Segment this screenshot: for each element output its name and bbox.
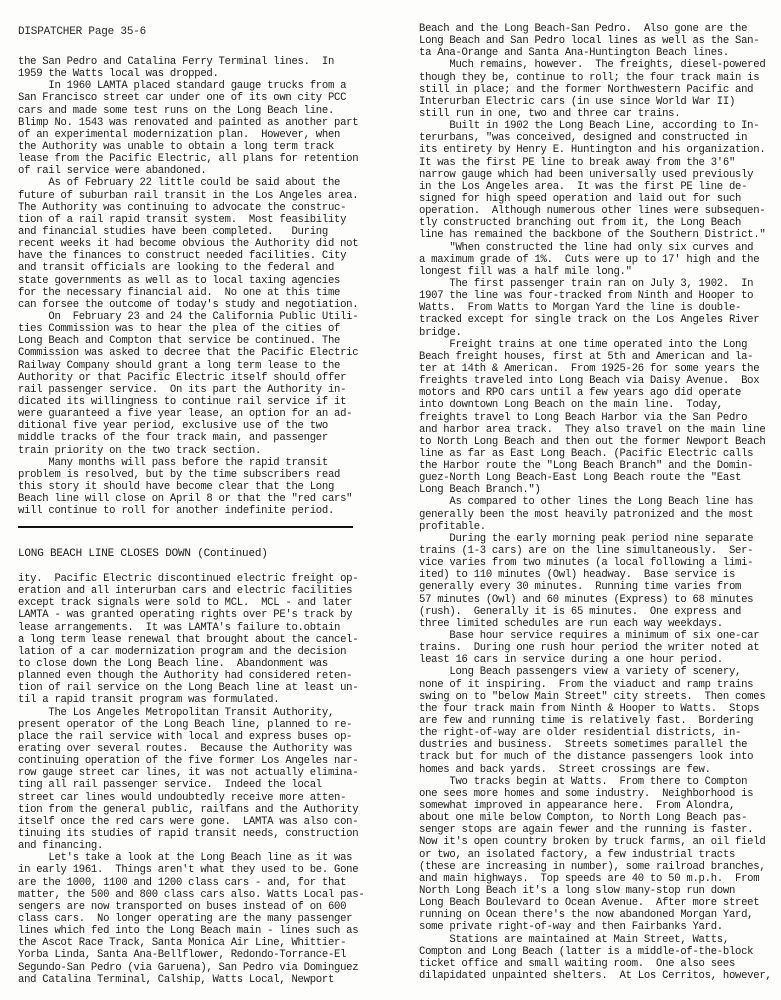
text-line: or two, an isolated factory, a few indus…	[419, 849, 781, 861]
text-line: vice varies from two minutes (a local fo…	[419, 557, 781, 569]
text-line: row gauge street car lines, it was not a…	[18, 767, 378, 779]
text-line: for the necessary financial aid. No one …	[18, 287, 378, 299]
text-line: of an experimental modernization plan. H…	[18, 129, 378, 141]
text-line: ter at 14th & American. From 1925-26 for…	[419, 363, 781, 375]
text-line: "When constructed the line had only six …	[419, 242, 781, 254]
text-line: As of February 22 little could be said a…	[18, 177, 378, 189]
text-line: In 1960 LAMTA placed standard gauge truc…	[18, 80, 378, 92]
text-line: have the finances to construct needed fa…	[18, 250, 378, 262]
text-line: lease arrangements. It was LAMTA's failu…	[18, 622, 378, 634]
text-line: the Harbor route the "Long Beach Branch"…	[419, 460, 781, 472]
text-line: Built in 1902 the Long Beach Line, accor…	[419, 120, 781, 132]
text-line: eration and all interurban cars and elec…	[18, 585, 378, 597]
text-line: trains (1-3 cars) are on the line simult…	[419, 545, 781, 557]
text-line: will continue to roll for another indefi…	[18, 505, 378, 517]
text-line: generally been the most heavily patroniz…	[419, 509, 781, 521]
text-line: itself once the red cars were gone. LAMT…	[18, 816, 378, 828]
text-line: lation of a car modernization program an…	[18, 646, 378, 658]
text-line: trains. During one rush hour period the …	[419, 642, 781, 654]
text-line: are few and running time is relatively f…	[419, 715, 781, 727]
text-line: state governments as well as to local ta…	[18, 275, 378, 287]
text-line: Compton and Long Beach (latter is a midd…	[419, 946, 781, 958]
text-line: Many months will pass before the rapid t…	[18, 457, 378, 469]
text-line: ited) to 110 minutes (Owl) headway. Base…	[419, 569, 781, 581]
text-line: matter, the 500 and 800 class cars also.…	[18, 889, 378, 901]
text-line: profitable.	[419, 521, 781, 533]
text-line: (rush). Generally it is 65 minutes. One …	[419, 606, 781, 618]
text-line: planned even though the Authority had co…	[18, 670, 378, 682]
text-line: lines which fed into the Long Beach main…	[18, 925, 378, 937]
text-line: Yorba Linda, Santa Ana-Bellflower, Redon…	[18, 949, 378, 961]
text-line: though they be, continue to roll; the fo…	[419, 72, 781, 84]
text-line: somewhat improved in appearance here. Fr…	[419, 800, 781, 812]
text-line: swing on to "below Main Street" city str…	[419, 691, 781, 703]
text-line: tion of a rail rapid transit system. Mos…	[18, 214, 378, 226]
text-line: During the early morning peak period nin…	[419, 533, 781, 545]
text-line: San Francisco street car under one of it…	[18, 92, 378, 104]
page-header: DISPATCHER Page 35-6	[18, 26, 146, 38]
text-line: one sees more homes and some industry. N…	[419, 788, 781, 800]
text-line: Long Beach and San Pedro local lines as …	[419, 35, 781, 47]
text-line: homes and back yards. Street crossings a…	[419, 764, 781, 776]
text-line: train priority on the two track section.	[18, 445, 378, 457]
text-line: class cars. No longer operating are the …	[18, 913, 378, 925]
text-line: Beach line will close on April 8 or that…	[18, 493, 378, 505]
text-line: LAMTA - was granted operating rights ove…	[18, 609, 378, 621]
text-line: til a rapid transit program was formulat…	[18, 694, 378, 706]
text-line: and transit officials are looking to the…	[18, 262, 378, 274]
text-line: ticket office and small waiting room. On…	[419, 958, 781, 970]
text-line: track but for much of the distance passe…	[419, 751, 781, 763]
text-line: Blimp No. 1543 was renovated and painted…	[18, 117, 378, 129]
newsletter-page: DISPATCHER Page 35-6 the San Pedro and C…	[0, 0, 781, 1000]
text-line: Stations are maintained at Main Street, …	[419, 934, 781, 946]
text-line: about one mile below Compton, to North L…	[419, 812, 781, 824]
text-line: Long Beach Boulevard to Ocean Avenue. Af…	[419, 897, 781, 909]
text-line: North Long Beach it's a long slow many-s…	[419, 885, 781, 897]
text-line: Base hour service requires a minimum of …	[419, 630, 781, 642]
section-divider-rule	[18, 526, 353, 528]
text-line: recent weeks it had become obvious the A…	[18, 238, 378, 250]
text-line: line as far as East Long Beach. (Pacific…	[419, 448, 781, 460]
text-line: ditional five year period, exclusive use…	[18, 420, 378, 432]
text-line: still in place; and the former Northwest…	[419, 84, 781, 96]
text-line: a long term lease renewal that brought a…	[18, 634, 378, 646]
text-line: erating over several routes. Because the…	[18, 743, 378, 755]
text-line: middle tracks of the four track main, an…	[18, 432, 378, 444]
text-line: and harbor area track. They also travel …	[419, 424, 781, 436]
text-line: and Catalina Terminal, Calship, Watts Lo…	[18, 974, 378, 986]
text-line: Long Beach Branch.")	[419, 484, 781, 496]
right-column: Beach and the Long Beach-San Pedro. Also…	[419, 23, 781, 982]
text-line: ting all rail passenger service. Indeed …	[18, 779, 378, 791]
text-line: Now it's open country broken by truck fa…	[419, 836, 781, 848]
text-line: freights traveled into Long Beach via Da…	[419, 375, 781, 387]
text-line: ties Commission was to hear the plea of …	[18, 323, 378, 335]
left-column-top: the San Pedro and Catalina Ferry Termina…	[18, 56, 378, 517]
text-line: tracked except for single track on the L…	[419, 314, 781, 326]
text-line: the Authority was unable to obtain a lon…	[18, 141, 378, 153]
text-line: tly constructed branching out from it, t…	[419, 217, 781, 229]
text-line: the Ascot Race Track, Santa Monica Air L…	[18, 937, 378, 949]
text-line: the four track main from Ninth & Hooper …	[419, 703, 781, 715]
left-column-bottom: ity. Pacific Electric discontinued elect…	[18, 573, 378, 986]
text-line: The Los Angeles Metropolitan Transit Aut…	[18, 707, 378, 719]
text-line: cars and made some test runs on the Long…	[18, 105, 378, 117]
text-line: ity. Pacific Electric discontinued elect…	[18, 573, 378, 585]
text-line: Freight trains at one time operated into…	[419, 339, 781, 351]
text-line: are the 1000, 1100 and 1200 class cars -…	[18, 877, 378, 889]
text-line: its entirety by Henry E. Huntington and …	[419, 144, 781, 156]
text-line: of rail service were abandoned.	[18, 165, 378, 177]
text-line: can forsee the outcome of today's study …	[18, 299, 378, 311]
text-line: three limited schedules are run each way…	[419, 618, 781, 630]
text-line: sengers are now transported on buses ins…	[18, 901, 378, 913]
text-line: into downtown Long Beach on the main lin…	[419, 399, 781, 411]
text-line: dicated its willingness to continue rail…	[18, 396, 378, 408]
text-line: some private right-of-way and then Fairb…	[419, 921, 781, 933]
text-line: freights travel to Long Beach Harbor via…	[419, 412, 781, 424]
text-line: future of suburban rail transit in the L…	[18, 190, 378, 202]
text-line: except track signals were sold to MCL. M…	[18, 597, 378, 609]
text-line: still run in one, two and three car trai…	[419, 108, 781, 120]
text-line: dustries and business. Streets sometimes…	[419, 739, 781, 751]
text-line: present operator of the Long Beach line,…	[18, 719, 378, 731]
text-line: Beach freight houses, first at 5th and A…	[419, 351, 781, 363]
text-line: Interurban Electric cars (in use since W…	[419, 96, 781, 108]
text-line: problem is resolved, but by the time sub…	[18, 469, 378, 481]
text-line: least 16 cars in service during a one ho…	[419, 654, 781, 666]
text-line: motors and RPO cars until a few years ag…	[419, 387, 781, 399]
text-line: to North Long Beach and then out the for…	[419, 436, 781, 448]
text-line: Watts. From Watts to Morgan Yard the lin…	[419, 302, 781, 314]
text-line: (these are increasing in number), some r…	[419, 861, 781, 873]
text-line: in the Los Angeles area. It was the firs…	[419, 181, 781, 193]
text-line: tion from the general public, railfans a…	[18, 804, 378, 816]
text-line: the right-of-way are older residential d…	[419, 727, 781, 739]
text-line: running on Ocean there's the now abandon…	[419, 909, 781, 921]
text-line: place the rail service with local and ex…	[18, 731, 378, 743]
text-line: bridge.	[419, 327, 781, 339]
text-line: dilapidated unpainted shelters. At Los C…	[419, 970, 781, 982]
text-line: none of it inspiring. From the viaduct a…	[419, 679, 781, 691]
text-line: tinuing its studies of rapid transit nee…	[18, 828, 378, 840]
text-line: It was the first PE line to break away f…	[419, 157, 781, 169]
text-line: Much remains, however. The freights, die…	[419, 59, 781, 71]
text-line: generally every 30 minutes. Running time…	[419, 581, 781, 593]
text-line: signed for high speed operation and laid…	[419, 193, 781, 205]
text-line: The Authority was continuing to advocate…	[18, 202, 378, 214]
text-line: Railway Company should grant a long term…	[18, 360, 378, 372]
text-line: street car lines would undoubtedly recei…	[18, 792, 378, 804]
text-line: in early 1961. Things aren't what they u…	[18, 864, 378, 876]
text-line: operation. Although numerous other lines…	[419, 205, 781, 217]
text-line: Commission was asked to decree that the …	[18, 347, 378, 359]
text-line: and financial studies have been complete…	[18, 226, 378, 238]
text-line: Segundo-San Pedro (via Garuena), San Ped…	[18, 962, 378, 974]
text-line: were guaranteed a five year lease, an op…	[18, 408, 378, 420]
text-line: 1959 the Watts local was dropped.	[18, 68, 378, 80]
text-line: The first passenger train ran on July 3,…	[419, 278, 781, 290]
text-line: a maximum grade of 1%. Cuts were up to 1…	[419, 254, 781, 266]
text-line: 1907 the line was four-tracked from Nint…	[419, 290, 781, 302]
text-line: 57 minutes (Owl) and 60 minutes (Express…	[419, 594, 781, 606]
text-line: As compared to other lines the Long Beac…	[419, 496, 781, 508]
text-line: line has remained the backbone of the So…	[419, 229, 781, 241]
text-line: Let's take a look at the Long Beach line…	[18, 852, 378, 864]
text-line: terurbans, "was conceived, designed and …	[419, 132, 781, 144]
text-line: lease from the Pacific Electric, all pla…	[18, 153, 378, 165]
text-line: Long Beach and Compton that service be c…	[18, 335, 378, 347]
text-line: narrow gauge which had been universally …	[419, 169, 781, 181]
text-line: On February 23 and 24 the California Pub…	[18, 311, 378, 323]
text-line: longest fill was a half mile long."	[419, 266, 781, 278]
text-line: Authority or that Pacific Electric itsel…	[18, 372, 378, 384]
text-line: continuing operation of the five former …	[18, 755, 378, 767]
text-line: tion of rail service on the Long Beach l…	[18, 682, 378, 694]
text-line: this story it should have become clear t…	[18, 481, 378, 493]
text-line: ta Ana-Orange and Santa Ana-Huntington B…	[419, 47, 781, 59]
text-line: to close down the Long Beach line. Aband…	[18, 658, 378, 670]
text-line: and main highways. Top speeds are 40 to …	[419, 873, 781, 885]
text-line: Two tracks begin at Watts. From there to…	[419, 776, 781, 788]
text-line: Beach and the Long Beach-San Pedro. Also…	[419, 23, 781, 35]
text-line: and financing.	[18, 840, 378, 852]
text-line: guez-North Long Beach-East Long Beach ro…	[419, 472, 781, 484]
section-heading: LONG BEACH LINE CLOSES DOWN (Continued)	[18, 548, 268, 560]
text-line: senger stops are again fewer and the run…	[419, 824, 781, 836]
text-line: the San Pedro and Catalina Ferry Termina…	[18, 56, 378, 68]
text-line: rail passenger service. On its part the …	[18, 384, 378, 396]
text-line: Long Beach passengers view a variety of …	[419, 666, 781, 678]
